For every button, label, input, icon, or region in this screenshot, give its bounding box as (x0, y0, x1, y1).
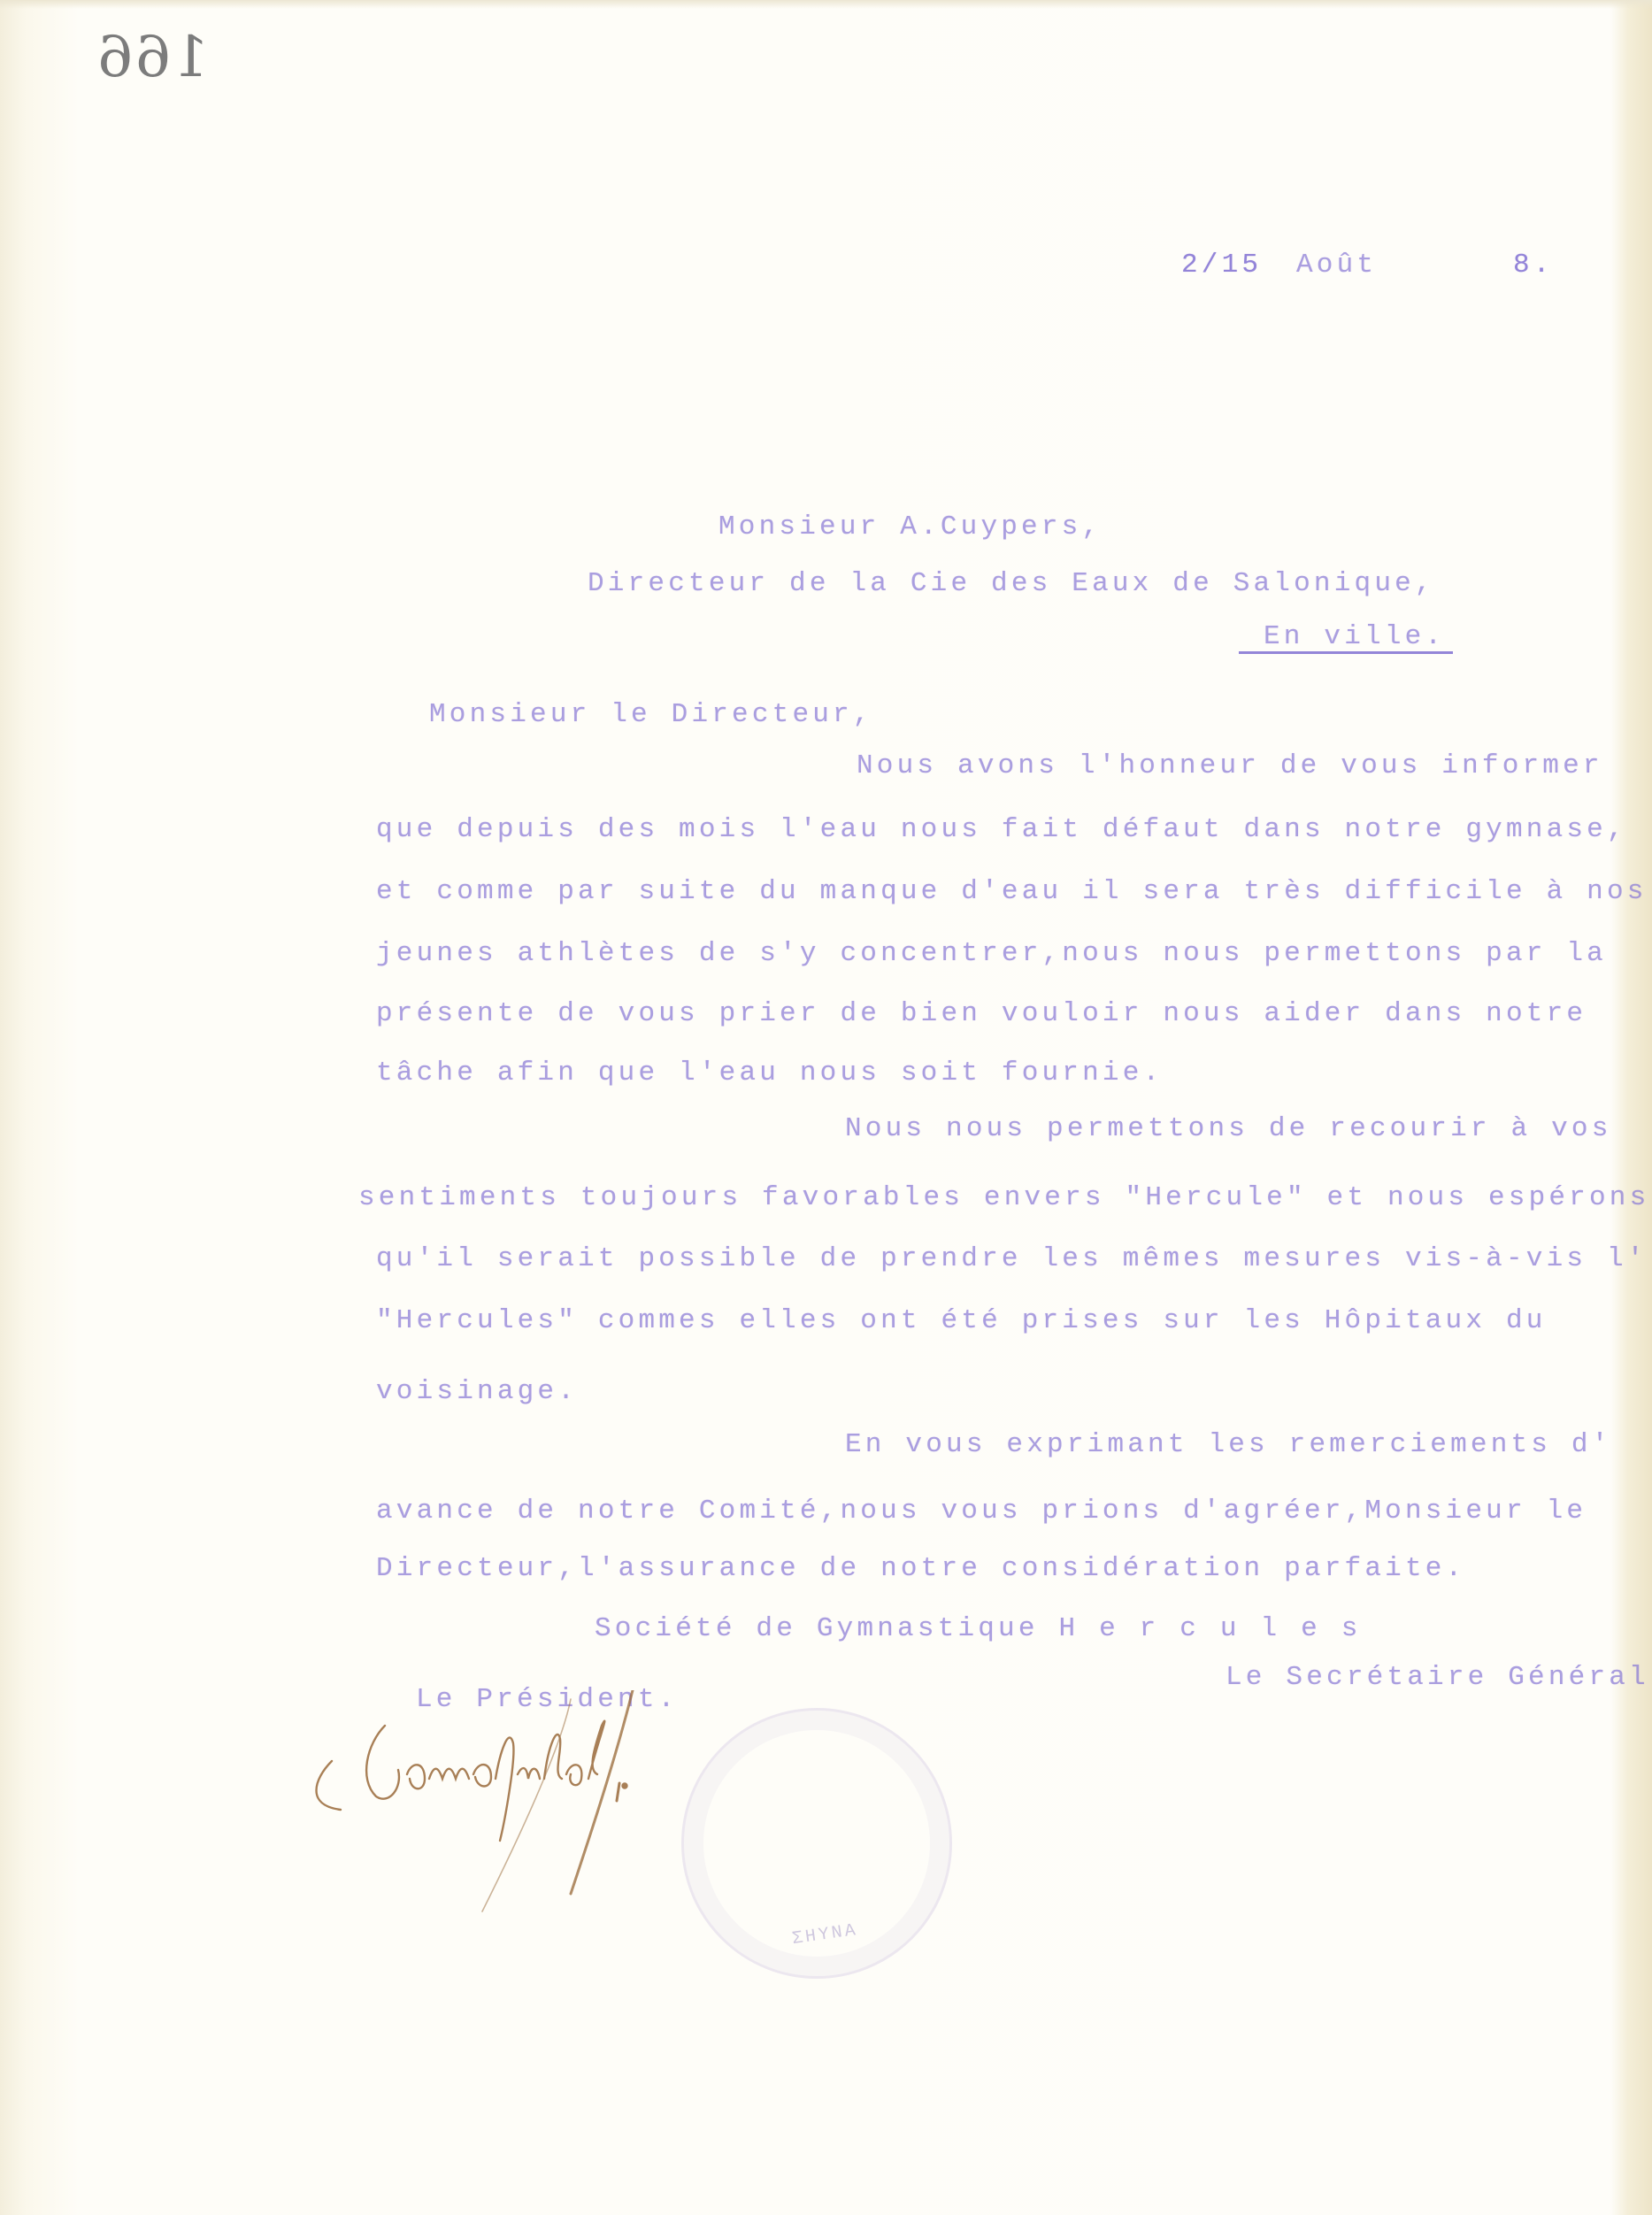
body-line-3: et comme par suite du manque d'eau il se… (376, 876, 1648, 907)
body-line-6: tâche afin que l'eau nous soit fournie. (376, 1058, 1163, 1088)
recipient-title: Directeur de la Cie des Eaux de Saloniqu… (588, 568, 1435, 599)
date-month: Août (1296, 250, 1377, 281)
body-line-1: Nous avons l'honneur de vous informer (857, 750, 1603, 781)
body-line-7: Nous nous permettons de recourir à vos (845, 1113, 1612, 1144)
organization-name: Société de Gymnastique H e r c u l e s (595, 1613, 1362, 1644)
body-line-13: avance de notre Comité,nous vous prions … (376, 1496, 1587, 1527)
recipient-location: En ville. (1264, 621, 1445, 652)
salutation: Monsieur le Directeur, (429, 699, 873, 730)
body-line-10: "Hercules" commes elles ont été prises s… (376, 1305, 1547, 1336)
location-underline (1239, 651, 1453, 654)
secretary-label: Le Secrétaire Général (1226, 1662, 1649, 1693)
body-line-2: que depuis des mois l'eau nous fait défa… (376, 814, 1627, 845)
body-line-9: qu'il serait possible de prendre les mêm… (376, 1243, 1648, 1274)
folio-number: 166 (96, 25, 209, 90)
body-line-11: voisinage. (376, 1376, 578, 1407)
date-day: 2/15 (1181, 250, 1262, 281)
body-line-4: jeunes athlètes de s'y concentrer,nous n… (376, 938, 1607, 969)
body-line-5: présente de vous prier de bien vouloir n… (376, 998, 1587, 1029)
body-line-8: sentiments toujours favorables envers "H… (358, 1182, 1649, 1213)
paper-edge (0, 0, 1652, 9)
date-year: 8. (1513, 250, 1554, 281)
body-line-14: Directeur,l'assurance de notre considéra… (376, 1553, 1465, 1584)
recipient-name: Monsieur A.Cuypers, (718, 511, 1102, 542)
body-line-12: En vous exprimant les remerciements d' (845, 1429, 1612, 1460)
